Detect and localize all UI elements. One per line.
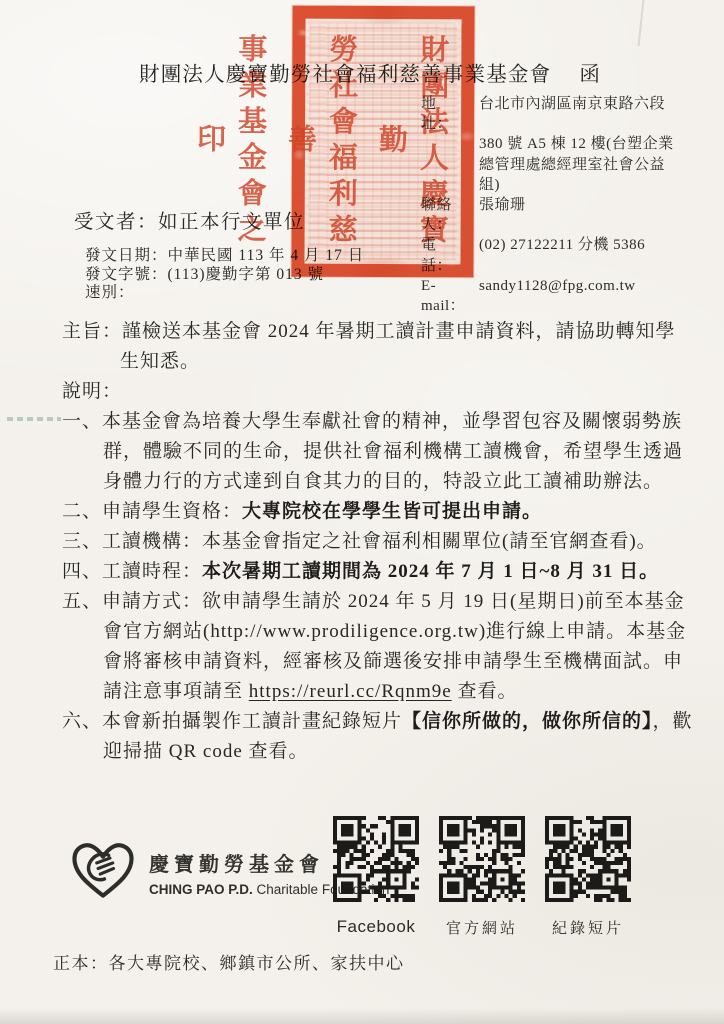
item-marker: 二、 (62, 501, 102, 522)
address-label: 地 址： (421, 94, 479, 134)
subject-label: 主旨： (62, 321, 122, 342)
heart-hand-icon (68, 840, 138, 904)
copy-recipients-line: 正本：各大專院校、鄉鎮市公所、家扶中心 (53, 949, 405, 974)
list-item-2: 二、申請學生資格：大專院校在學學生皆可提出申請。 (62, 497, 694, 527)
address-line-4: 組) (421, 175, 689, 195)
qr-code-row: Facebook 官方網站 紀錄短片 (333, 816, 631, 938)
scan-artifact-line (7, 417, 61, 421)
item-label: 工讀時程： (102, 561, 202, 582)
issue-date-label: 發文日期： (85, 247, 168, 264)
address-line-2: 380 號 A5 棟 12 樓(台塑企業 (421, 134, 689, 154)
paper-crease (638, 0, 645, 46)
qr-documentary-video: 紀錄短片 (545, 816, 631, 938)
item-marker: 三、 (62, 531, 102, 552)
phone-number: (02) 27122211 分機 5386 (479, 235, 645, 275)
item-value-bold: 本次暑期工讀期間為 2024 年 7 月 1 日~8 月 31 日。 (202, 561, 659, 582)
explanation-label: 說明： (62, 377, 694, 407)
doc-number: (113)慶勤字第 013 號 (168, 266, 325, 283)
doc-number-line: 發文字號：(113)慶勤字第 013 號 (85, 266, 364, 285)
contact-person-label: 聯絡人： (421, 195, 479, 235)
item-marker: 一、 (62, 411, 102, 432)
item-value: 本基金會指定之社會福利相關單位(請至官網查看)。 (202, 531, 657, 552)
org-name: 財團法人慶寶勤勞社會福利慈善事業基金會 (139, 64, 551, 86)
letterhead-title: 財團法人慶寶勤勞社會福利慈善事業基金會函 (139, 57, 601, 87)
copy-label: 正本： (53, 954, 109, 973)
qr-official-website: 官方網站 (439, 816, 525, 938)
email-label: E-mail： (421, 276, 479, 316)
item-text: 本會新拍攝製作工讀計畫紀錄短片 (102, 711, 402, 732)
contact-block: 地 址：台北市內湖區南京東路六段 380 號 A5 棟 12 樓(台塑企業 總管… (421, 94, 689, 316)
recipient-value: 如正本行文單位 (158, 212, 305, 233)
video-title-bold: 【信你所做的，做你所信的】 (402, 711, 653, 732)
item-value-bold: 大專院校在學學生皆可提出申請。 (242, 501, 542, 522)
email-address: sandy1128@fpg.com.tw (479, 276, 636, 316)
item-label: 申請方式： (102, 591, 202, 612)
item-label: 工讀機構： (102, 531, 202, 552)
scanned-letter-page: 財團法人慶寶勤勞社會福利慈善事業基金會函 地 址：台北市內湖區南京東路六段 38… (0, 0, 724, 1024)
item-text: 本基金會為培養大學生奉獻社會的精神，並學習包容及關懷弱勢族群，體驗不同的生命，提… (102, 411, 683, 492)
phone-label: 電 話： (421, 235, 479, 275)
letter-body: 主旨：謹檢送本基金會 2024 年暑期工讀計畫申請資料，請協助轉知學生知悉。 說… (62, 317, 694, 767)
list-item-1: 一、本基金會為培養大學生奉獻社會的精神，並學習包容及關懷弱勢族群，體驗不同的生命… (62, 407, 694, 497)
qr-label-facebook: Facebook (333, 917, 419, 937)
list-item-6: 六、本會新拍攝製作工讀計畫紀錄短片【信你所做的，做你所信的】，歡迎掃描 QR c… (62, 707, 694, 767)
issue-date: 中華民國 113 年 4 月 17 日 (168, 247, 365, 264)
list-item-4: 四、工讀時程：本次暑期工讀期間為 2024 年 7 月 1 日~8 月 31 日… (62, 557, 694, 587)
address-line-3: 總管理處總經理室社會公益 (421, 155, 689, 175)
document-meta: 發文日期：中華民國 113 年 4 月 17 日 發文字號：(113)慶勤字第 … (85, 247, 364, 303)
subject-line: 主旨：謹檢送本基金會 2024 年暑期工讀計畫申請資料，請協助轉知學生知悉。 (62, 317, 694, 377)
item-label: 申請學生資格： (102, 501, 242, 522)
qr-facebook: Facebook (333, 816, 419, 938)
application-notes-link[interactable]: https://reurl.cc/Rqnm9e (249, 681, 452, 702)
recipient-line: 受文者：如正本行文單位 (74, 206, 305, 234)
copy-value: 各大專院校、鄉鎮市公所、家扶中心 (109, 954, 405, 973)
address-line-1: 台北市內湖區南京東路六段 (479, 94, 665, 134)
video-qr-icon (545, 816, 631, 902)
priority-line: 速別： (85, 284, 364, 303)
item-marker: 五、 (62, 591, 102, 612)
list-item-3: 三、工讀機構：本基金會指定之社會福利相關單位(請至官網查看)。 (62, 527, 694, 557)
recipient-label: 受文者： (74, 212, 158, 233)
item-text: 查看。 (452, 681, 518, 702)
qr-label-video: 紀錄短片 (545, 917, 631, 938)
contact-person: 張瑜珊 (479, 195, 526, 235)
issue-date-line: 發文日期：中華民國 113 年 4 月 17 日 (85, 247, 364, 266)
item-marker: 四、 (62, 561, 102, 582)
item-marker: 六、 (62, 711, 102, 732)
subject-text: 謹檢送本基金會 2024 年暑期工讀計畫申請資料，請協助轉知學生知悉。 (120, 321, 676, 372)
doc-number-label: 發文字號： (85, 266, 168, 283)
doc-type: 函 (579, 64, 601, 86)
facebook-qr-icon (333, 816, 419, 902)
qr-label-website: 官方網站 (439, 917, 525, 938)
website-qr-icon (439, 816, 525, 902)
list-item-5: 五、申請方式：欲申請學生請於 2024 年 5 月 19 日(星期日)前至本基金… (62, 587, 694, 707)
